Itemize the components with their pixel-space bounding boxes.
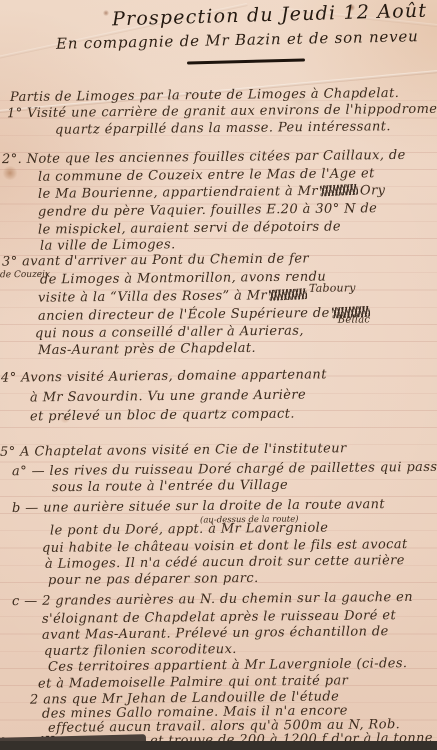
manuscript-line: pour ne pas déparer son parc. xyxy=(48,571,259,588)
manuscript-line: 4° Avons visité Aurieras, domaine appart… xyxy=(1,367,327,385)
page-subtitle: En compagnie de Mr Bazin et de son neveu xyxy=(56,29,419,52)
manuscript-line: 1° Visité une carrière de granit aux env… xyxy=(7,102,437,122)
manuscript-line: et prélevé un bloc de quartz compact. xyxy=(30,407,295,425)
manuscript-line: gendre du père Vaquier. fouilles E.20 à … xyxy=(38,201,377,220)
manuscript-line: travaille activement et trouve de 200 à … xyxy=(0,731,433,750)
manuscript-line: quartz éparpillé dans la masse. Peu inté… xyxy=(55,119,391,138)
manuscript-line: sous la route à l'entrée du Village xyxy=(52,478,288,495)
manuscript-line: la ville de Limoges. xyxy=(40,237,176,253)
correction-note: Taboury xyxy=(309,281,356,294)
manuscript-line: quartz filonien scoroditeux. xyxy=(44,642,237,659)
line-text: Ory xyxy=(360,183,386,198)
manuscript-line: b — une aurière située sur la droite de … xyxy=(12,497,385,516)
manuscript-line: Ces territoires appartient à Mr Lavergni… xyxy=(48,656,408,675)
crossed-out-word xyxy=(269,288,307,301)
manuscript-line: à Mr Savourdin. Vu une grande Aurière xyxy=(30,388,306,406)
manuscript-line: c — 2 grandes aurières au N. du chemin s… xyxy=(12,590,413,609)
ink-stain xyxy=(2,166,18,180)
line-text: le Ma Bourienne, appartiendraient à Mr xyxy=(38,184,318,202)
manuscript-line: de Limoges à Montmorillon, avons rendu xyxy=(40,270,326,288)
line-text-bold: travaille xyxy=(0,735,64,750)
manuscript-page: Prospection du Jeudi 12 Août En compagni… xyxy=(0,0,437,750)
title-underline xyxy=(187,58,305,64)
manuscript-line: le Ma Bourienne, appartiendraient à MrOr… xyxy=(38,183,386,202)
manuscript-line: 5° A Chaptelat avons visité en Cie de l'… xyxy=(0,441,347,460)
manuscript-line: avant Mas-Aurant. Prélevé un gros échant… xyxy=(42,624,389,643)
crossed-out-word xyxy=(320,184,358,197)
page-title: Prospection du Jeudi 12 Août xyxy=(112,4,427,28)
manuscript-line: qui nous a conseillé d'aller à Aurieras, xyxy=(35,324,304,342)
manuscript-line: a° — les rives du ruisseau Doré chargé d… xyxy=(12,460,437,480)
manuscript-line: 2°. Note que les anciennes fouilles cité… xyxy=(2,148,406,167)
line-text: ancien directeur de l'École Supérieure d… xyxy=(38,306,330,324)
manuscript-line: visite à la “Villa des Roses” à MrTabour… xyxy=(38,287,356,305)
ink-stain xyxy=(103,10,109,16)
manuscript-line: Mas-Aurant près de Chapdelat. xyxy=(38,341,256,358)
manuscript-line: le pont du Doré, appt. à Mr Lavergniole xyxy=(50,521,328,539)
manuscript-line: le mispickel, auraient servi de dépotoir… xyxy=(38,219,341,237)
line-text: activement et trouve de 200 à 1200 f d'o… xyxy=(68,731,433,750)
manuscript-line: ancien directeur de l'École Supérieure d… xyxy=(38,305,404,325)
manuscript-line: à Limoges. Il n'a cédé aucun droit sur c… xyxy=(45,553,405,572)
correction-note: Bellac xyxy=(338,314,371,325)
manuscript-line: la commune de Couzeix entre le Mas de l'… xyxy=(38,166,375,185)
line-text: visite à la “Villa des Roses” à Mr xyxy=(38,288,267,305)
